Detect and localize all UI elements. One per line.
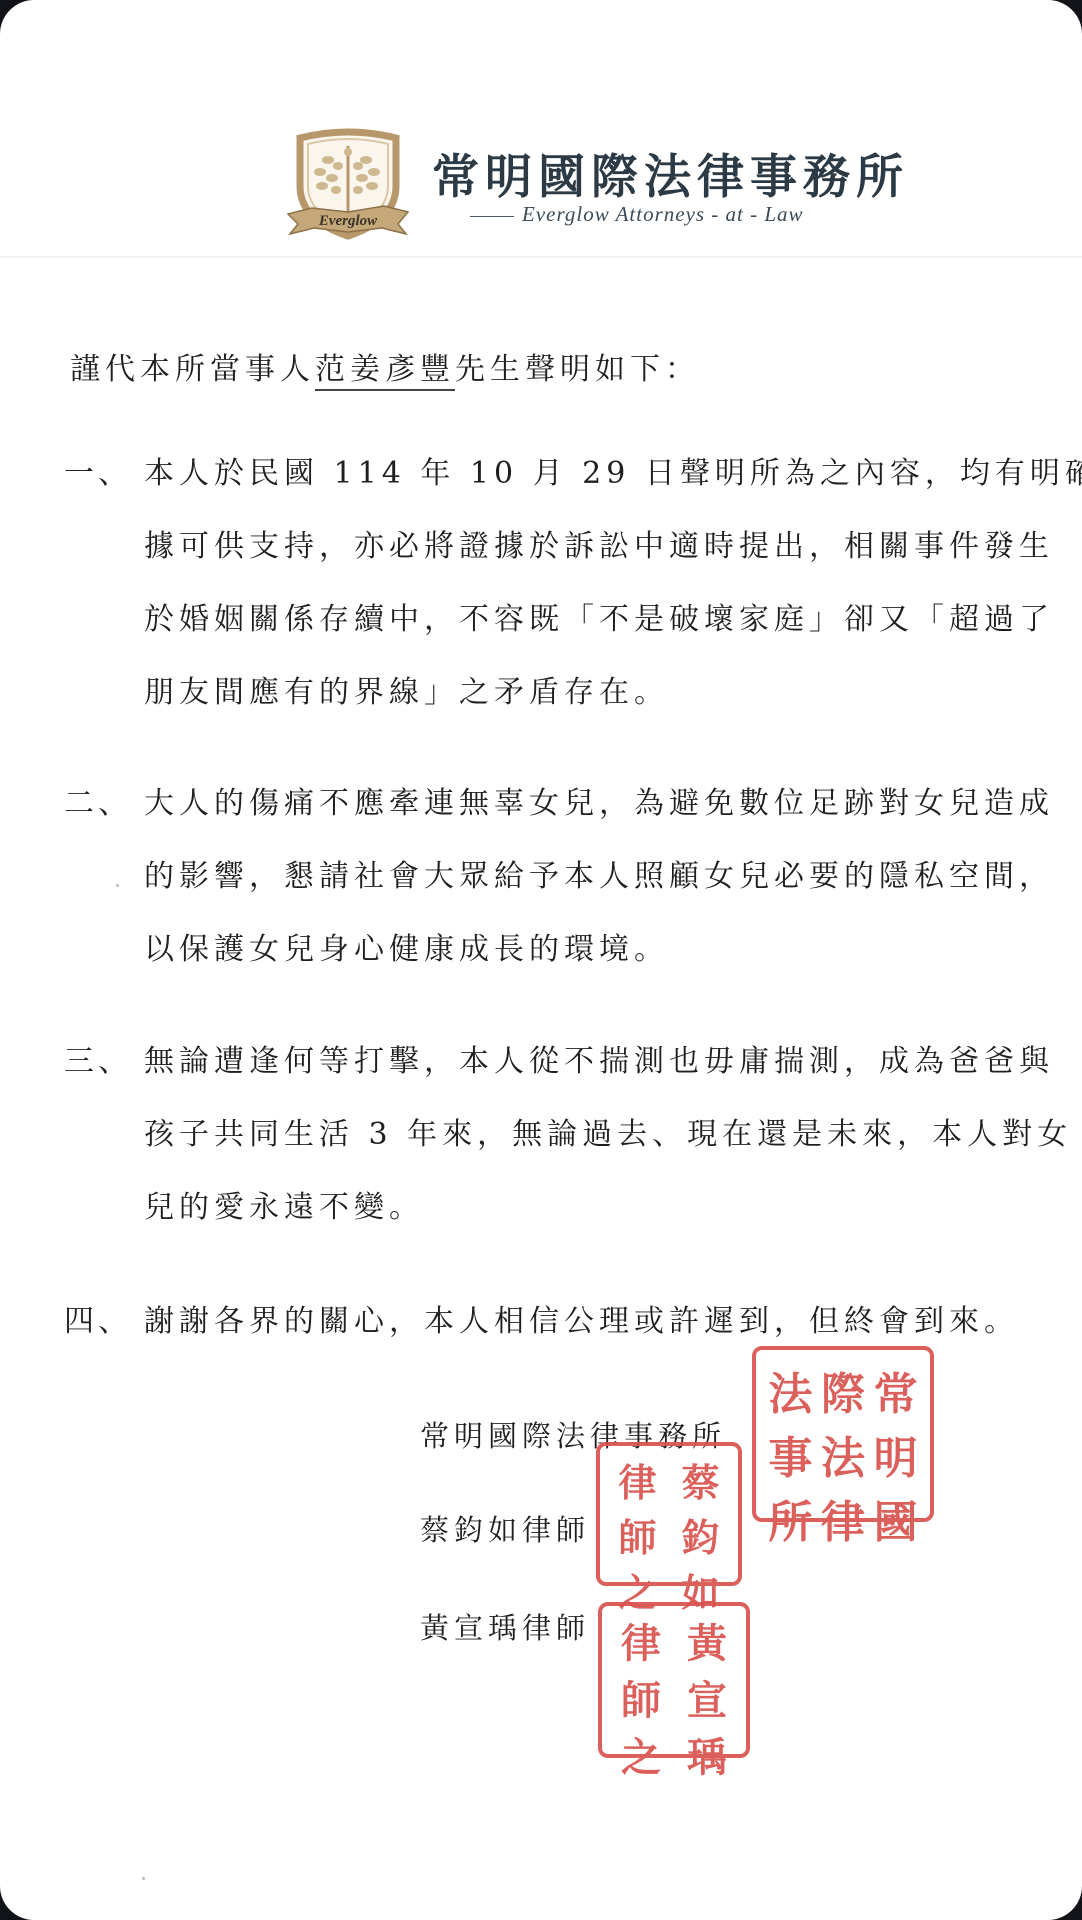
firm-name-english: Everglow Attorneys - at - Law: [470, 202, 804, 227]
intro-suffix: 先生聲明如下：: [455, 352, 700, 387]
seal-char: 宣: [674, 1669, 740, 1726]
signature-lawyer-1: 蔡鈞如律師: [420, 1508, 590, 1549]
seal-char: 明: [869, 1422, 922, 1486]
document-page: Everglow 常明國際法律事務所 Everglow Attorneys - …: [0, 0, 1082, 1920]
statement-intro: 謹代本所當事人范姜彥豐先生聲明如下：: [70, 344, 700, 388]
item-number: 四、: [64, 1296, 132, 1340]
lawyer-2-seal-stamp: 律 黃 師 宣 之 瑀: [598, 1602, 750, 1758]
seal-char: 之: [608, 1726, 674, 1783]
scan-speck: [142, 1877, 145, 1880]
seal-char: 律: [608, 1612, 674, 1669]
client-name: 范姜彥豐: [315, 352, 455, 391]
intro-prefix: 謹代本所當事人: [70, 352, 315, 387]
item-number: 三、: [64, 1036, 132, 1080]
item-line: 本人於民國 114 年 10 月 29 日聲明所為之內容，均有明確證: [144, 448, 1082, 492]
seal-char: 瑀: [674, 1726, 740, 1783]
seal-char: 常: [869, 1358, 922, 1422]
item-line: 無論遭逢何等打擊，本人從不揣測也毋庸揣測，成為爸爸與: [144, 1036, 1054, 1080]
lawyer-1-seal-stamp: 律 蔡 師 鈞 之 如: [596, 1442, 742, 1586]
seal-char: 黃: [674, 1612, 740, 1669]
item-line: 兒的愛永遠不變。: [144, 1182, 424, 1226]
item-line: 朋友間應有的界線」之矛盾存在。: [144, 667, 669, 711]
item-line: 謝謝各界的關心，本人相信公理或許遲到，但終會到來。: [144, 1296, 1019, 1340]
item-line: 大人的傷痛不應牽連無辜女兒，為避免數位足跡對女兒造成: [144, 778, 1054, 822]
seal-char: 事: [764, 1422, 817, 1486]
seal-char: 際: [817, 1358, 870, 1422]
firm-name-chinese: 常明國際法律事務所: [432, 140, 909, 207]
seal-char: 律: [606, 1452, 669, 1507]
seal-char: 國: [869, 1486, 922, 1550]
letterhead: Everglow 常明國際法律事務所 Everglow Attorneys - …: [0, 0, 1082, 258]
seal-char: 法: [817, 1422, 870, 1486]
item-line: 以保護女兒身心健康成長的環境。: [144, 924, 669, 968]
seal-char: 蔡: [669, 1452, 732, 1507]
seal-char: 師: [608, 1669, 674, 1726]
signature-lawyer-2: 黃宣瑀律師: [420, 1606, 590, 1647]
item-line: 的影響，懇請社會大眾給予本人照顧女兒必要的隱私空間，: [144, 851, 1054, 895]
firm-seal-stamp: 法 際 常 事 法 明 所 律 國: [752, 1346, 934, 1522]
scan-speck: [116, 884, 119, 887]
tree-shield-logo-icon: Everglow: [286, 128, 410, 246]
firm-name-english-text: Everglow Attorneys - at - Law: [522, 202, 804, 226]
seal-char: 鈞: [669, 1507, 732, 1562]
seal-char: 律: [817, 1486, 870, 1550]
seal-char: 師: [606, 1507, 669, 1562]
item-line: 孩子共同生活 3 年來，無論過去、現在還是未來，本人對女: [144, 1109, 1072, 1153]
svg-text:Everglow: Everglow: [318, 213, 378, 229]
seal-char: 法: [764, 1358, 817, 1422]
item-line: 據可供支持，亦必將證據於訴訟中適時提出，相關事件發生: [144, 521, 1054, 565]
item-number: 二、: [64, 778, 132, 822]
dash-divider: [470, 216, 514, 217]
seal-char: 所: [764, 1486, 817, 1550]
item-line: 於婚姻關係存續中，不容既「不是破壞家庭」卻又「超過了: [144, 594, 1054, 638]
item-number: 一、: [64, 448, 132, 492]
